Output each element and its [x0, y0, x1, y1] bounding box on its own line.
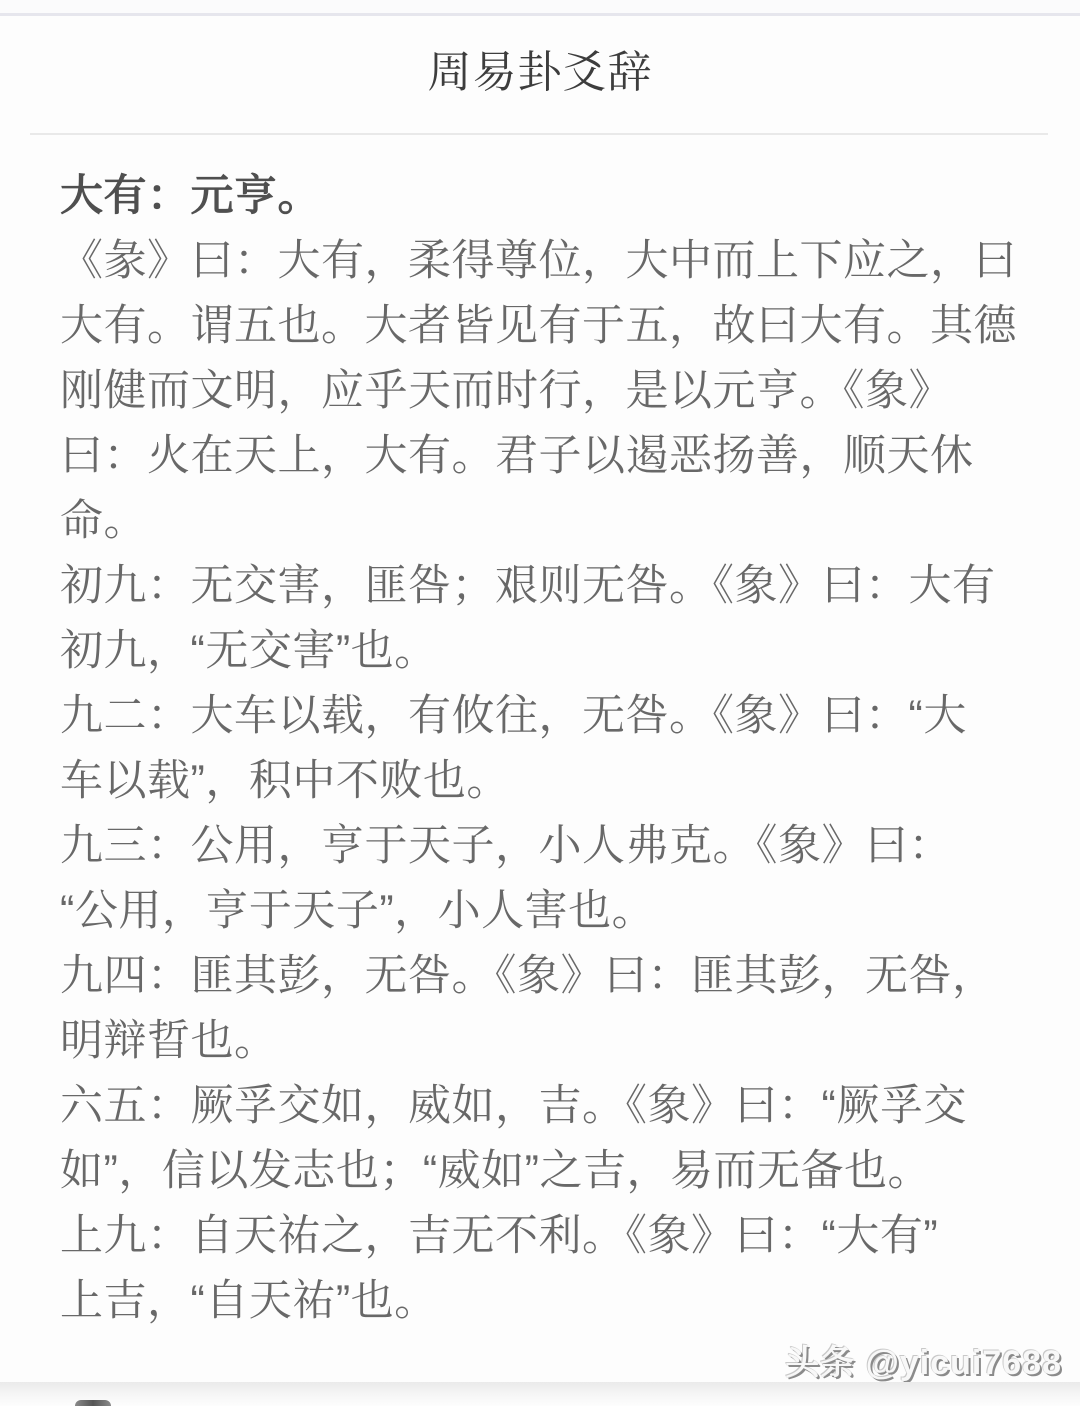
- text-line: 刚健而文明，应乎天而时行，是以元亨。《象》: [60, 359, 1030, 424]
- top-divider-line: [0, 13, 1080, 16]
- avatar-peek: [75, 1400, 111, 1406]
- bottom-gradient-band: [0, 1382, 1080, 1406]
- text-line: 初九：无交害，匪咎；艰则无咎。《象》曰：大有: [60, 554, 1030, 619]
- text-line: 车以载”，积中不败也。: [60, 749, 1030, 814]
- text-line: 命。: [60, 489, 1030, 554]
- page-title: 周易卦爻辞: [0, 44, 1080, 102]
- top-strip: [0, 0, 1080, 13]
- title-divider-line: [30, 133, 1048, 135]
- text-line: 《彖》曰：大有，柔得尊位，大中而上下应之，曰: [60, 229, 1030, 294]
- text-line: 九二：大车以载，有攸往，无咎。《象》曰：“大: [60, 684, 1030, 749]
- text-line: 六五：厥孚交如，威如，吉。《象》曰：“厥孚交: [60, 1074, 1030, 1139]
- text-line: 大有。谓五也。大者皆见有于五，故曰大有。其德: [60, 294, 1030, 359]
- text-line: 曰：火在天上，大有。君子以遏恶扬善，顺天休: [60, 424, 1030, 489]
- article-body: 大有：元亨。 《彖》曰：大有，柔得尊位，大中而上下应之，曰 大有。谓五也。大者皆…: [60, 164, 1030, 1334]
- hexagram-statement: 大有：元亨。: [60, 164, 1030, 229]
- toutiao-watermark: 头条 @yicui7688: [785, 1344, 1062, 1382]
- text-line: 上吉，“自天祐”也。: [60, 1269, 1030, 1334]
- text-line: 九三：公用，亨于天子，小人弗克。《象》曰：: [60, 814, 1030, 879]
- text-line: 明辩晢也。: [60, 1009, 1030, 1074]
- text-line: 上九：自天祐之，吉无不利。《象》曰：“大有”: [60, 1204, 1030, 1269]
- text-line: 如”，信以发志也；“威如”之吉，易而无备也。: [60, 1139, 1030, 1204]
- text-line: 九四：匪其彭，无咎。《象》曰：匪其彭，无咎，: [60, 944, 1030, 1009]
- text-line: “公用，亨于天子”，小人害也。: [60, 879, 1030, 944]
- text-line: 初九，“无交害”也。: [60, 619, 1030, 684]
- document-page: 周易卦爻辞 大有：元亨。 《彖》曰：大有，柔得尊位，大中而上下应之，曰 大有。谓…: [0, 0, 1080, 1406]
